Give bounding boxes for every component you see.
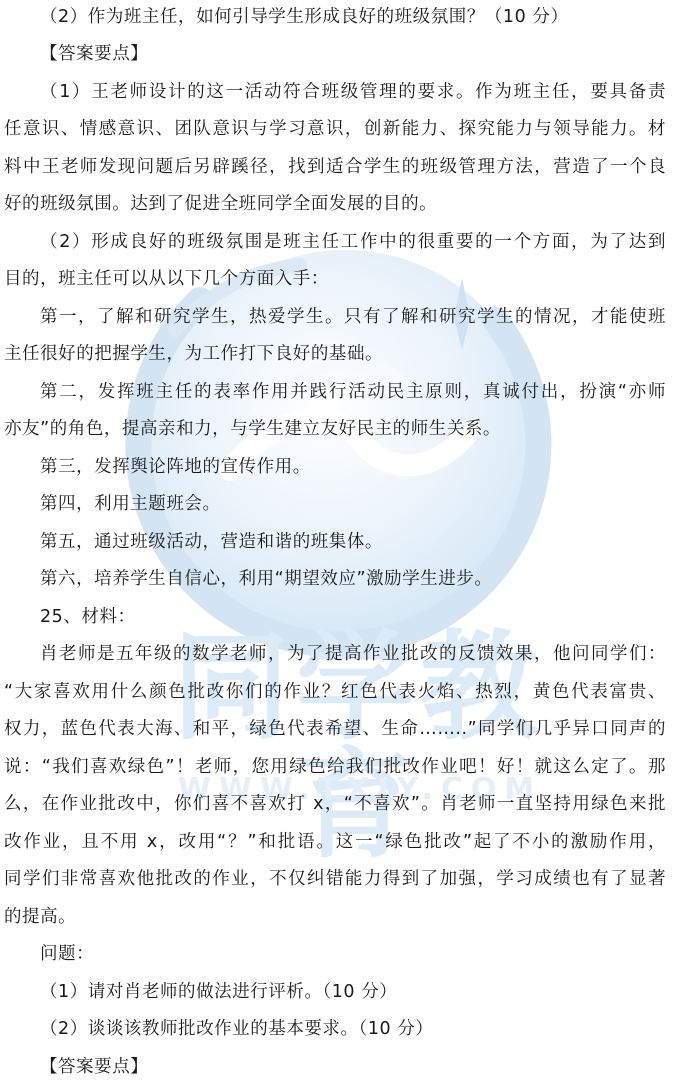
material-line-1: 肖老师是五年级的数学老师，为了提高作业批改的反馈效果，他问同学们：	[40, 643, 666, 665]
question-2-prompt: （2）作为班主任，如何引导学生形成良好的班级氛围？（10 分）	[40, 6, 674, 28]
material-line-6: 改作业，且不用 x，改用“？”和批语。这一“绿色批改”起了不小的激励作用，	[4, 831, 666, 853]
question-25-heading: 25、材料：	[40, 606, 674, 628]
questions-heading: 问题：	[40, 943, 674, 965]
point-6: 第六，培养学生自信心，利用“期望效应”激励学生进步。	[40, 568, 674, 590]
point-2-line-2: 亦友”的角色，提高亲和力，与学生建立友好民主的师生关系。	[4, 418, 666, 440]
answer-key-heading-2: 【答案要点】	[40, 1056, 674, 1078]
material-line-7: 同学们非常喜欢他批改的作业，不仅纠错能力得到了加强，学习成绩也有了显著	[4, 868, 666, 890]
answer-1-paragraph-line-1: （1）王老师设计的这一活动符合班级管理的要求。作为班主任，要具备责	[40, 81, 666, 103]
material-line-8: 的提高。	[4, 906, 666, 928]
answer-2-paragraph-line-2: 目的，班主任可以从以下几个方面入手：	[4, 268, 666, 290]
answer-1-paragraph-line-2: 任意识、情感意识、团队意识与学习意识，创新能力、探究能力与领导能力。材	[4, 118, 666, 140]
point-1-line-1: 第一，了解和研究学生，热爱学生。只有了解和研究学生的情况，才能使班	[40, 306, 666, 328]
answer-1-paragraph-line-3: 料中王老师发现问题后另辟蹊径，找到适合学生的班级管理方法，营造了一个良	[4, 156, 666, 178]
material-line-2: “大家喜欢用什么颜色批改你们的作业？红色代表火焰、热烈，黄色代表富贵、	[4, 681, 666, 703]
answer-key-heading: 【答案要点】	[40, 43, 674, 65]
answer-2-paragraph-line-1: （2）形成良好的班级氛围是班主任工作中的很重要的一个方面，为了达到	[40, 231, 666, 253]
point-5: 第五，通过班级活动，营造和谐的班集体。	[40, 531, 674, 553]
material-line-4: 说：“我们喜欢绿色”！老师，您用绿色给我们批改作业吧！好！就这么定了。那	[4, 756, 666, 778]
point-1-line-2: 主任很好的把握学生，为工作打下良好的基础。	[4, 343, 666, 365]
point-3: 第三，发挥舆论阵地的宣传作用。	[40, 456, 674, 478]
question-25-2: （2）谈谈该教师批改作业的基本要求。（10 分）	[40, 1018, 674, 1040]
point-4: 第四，利用主题班会。	[40, 493, 674, 515]
question-25-1: （1）请对肖老师的做法进行评析。（10 分）	[40, 981, 674, 1003]
answer-1-paragraph-line-4: 好的班级氛围。达到了促进全班同学全面发展的目的。	[4, 193, 666, 215]
material-line-5: 么，在作业批改中，你们喜不喜欢打 x，“不喜欢”。肖老师一直坚持用绿色来批	[4, 793, 666, 815]
point-2-line-1: 第二，发挥班主任的表率作用并践行活动民主原则，真诚付出，扮演“亦师	[40, 381, 666, 403]
material-line-3: 权力，蓝色代表大海、和平，绿色代表希望、生命……..”同学们几乎异口同声的	[4, 718, 666, 740]
